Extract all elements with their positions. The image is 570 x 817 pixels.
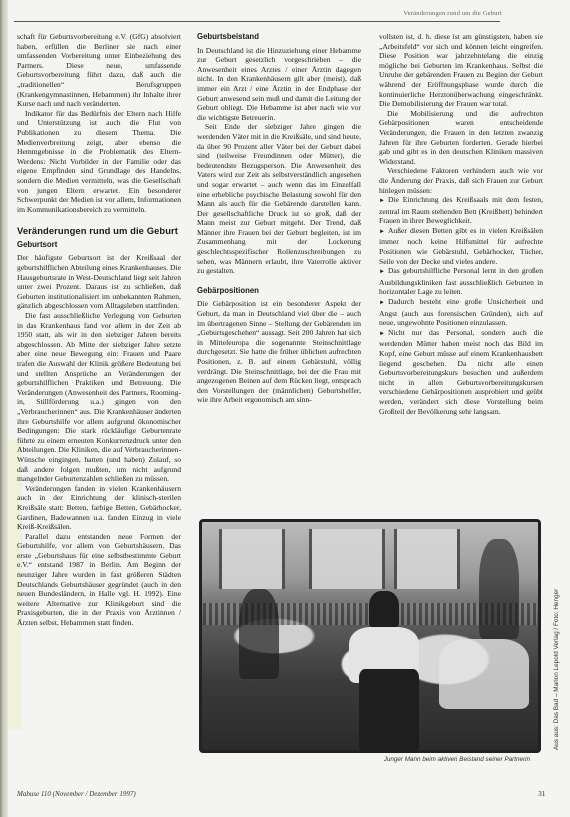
photo-caption: Junger Mann beim aktiven Beistand seiner… xyxy=(384,756,530,763)
bullet-arrow-icon: ► xyxy=(379,229,385,235)
section-heading: Veränderungen rund um die Geburt xyxy=(17,226,181,236)
paragraph: Die Mobilisierung und die aufrechten Geb… xyxy=(379,109,543,167)
right-column: vollsten ist, d. h. diese ist am günstig… xyxy=(379,32,543,416)
photo-window xyxy=(219,529,285,589)
page-binding-edge xyxy=(0,0,8,817)
page-number: 31 xyxy=(538,789,546,798)
paragraph: Die Gebärposition ist ein besonderer Asp… xyxy=(197,299,361,405)
paragraph: Verschiedene Faktoren verhindern auch wi… xyxy=(379,166,543,195)
photo-figure-legs xyxy=(359,669,419,753)
paragraph: Der häufigste Geburtsort ist der Kreißsa… xyxy=(17,253,181,311)
paragraph: schaft für Geburtsvorbereitung e.V. (GfG… xyxy=(17,32,181,109)
bullet-item: ►Das geburtshilfliche Personal lernt in … xyxy=(379,266,543,297)
paragraph: Die fast ausschließliche Verlegung von G… xyxy=(17,311,181,484)
paragraph: Indikator für das Bedürfnis der Eltern n… xyxy=(17,109,181,215)
middle-column: Geburtsbeistand In Deutschland ist die H… xyxy=(197,32,361,405)
header-rule xyxy=(14,21,500,22)
left-column: schaft für Geburtsvorbereitung e.V. (GfG… xyxy=(17,32,181,628)
photo-birth-scene xyxy=(199,519,541,753)
paragraph: In Deutschland ist die Hinzuziehung eine… xyxy=(197,46,361,123)
paragraph: vollsten ist, d. h. diese ist am günstig… xyxy=(379,32,543,109)
bullet-item: ►Die Einrichtung des Kreißsaals mit dem … xyxy=(379,195,543,226)
paragraph: Seit Ende der siebziger Jahre gingen die… xyxy=(197,122,361,276)
subheading-gebaerpositionen: Gebärpositionen xyxy=(197,286,361,296)
bullet-arrow-icon: ► xyxy=(379,300,385,306)
photo-figure-left xyxy=(239,589,279,679)
page-footer: Mabuse 110 (November / Dezember 1997) xyxy=(17,790,136,798)
bullet-item: ►Dadurch besteht eine große Unsicherheit… xyxy=(379,297,543,328)
photo-window xyxy=(394,529,460,589)
photo-figure-woman xyxy=(439,639,529,709)
photo-figure-head xyxy=(369,591,399,627)
paragraph: Veränderungen fanden in vielen Krankenhä… xyxy=(17,484,181,532)
subheading-geburtsort: Geburtsort xyxy=(17,240,181,250)
bullet-item: ►Nicht nur das Personal, sondern auch di… xyxy=(379,328,543,416)
bullet-arrow-icon: ► xyxy=(379,269,385,275)
photo-window xyxy=(309,529,385,589)
bullet-item: ►Außer diesen Betten gibt es in vielen K… xyxy=(379,226,543,266)
bullet-arrow-icon: ► xyxy=(379,198,385,204)
paragraph: Parallel dazu entstanden neue Formen der… xyxy=(17,532,181,628)
photo-figure-right xyxy=(479,539,519,639)
bullet-arrow-icon: ► xyxy=(379,331,385,337)
subheading-geburtsbeistand: Geburtsbeistand xyxy=(197,32,361,42)
photo-credit: Aus aus: Das Bad – Marion Lepold Verlag … xyxy=(553,589,560,750)
running-head: Veränderungen rund um die Geburt xyxy=(404,10,502,17)
